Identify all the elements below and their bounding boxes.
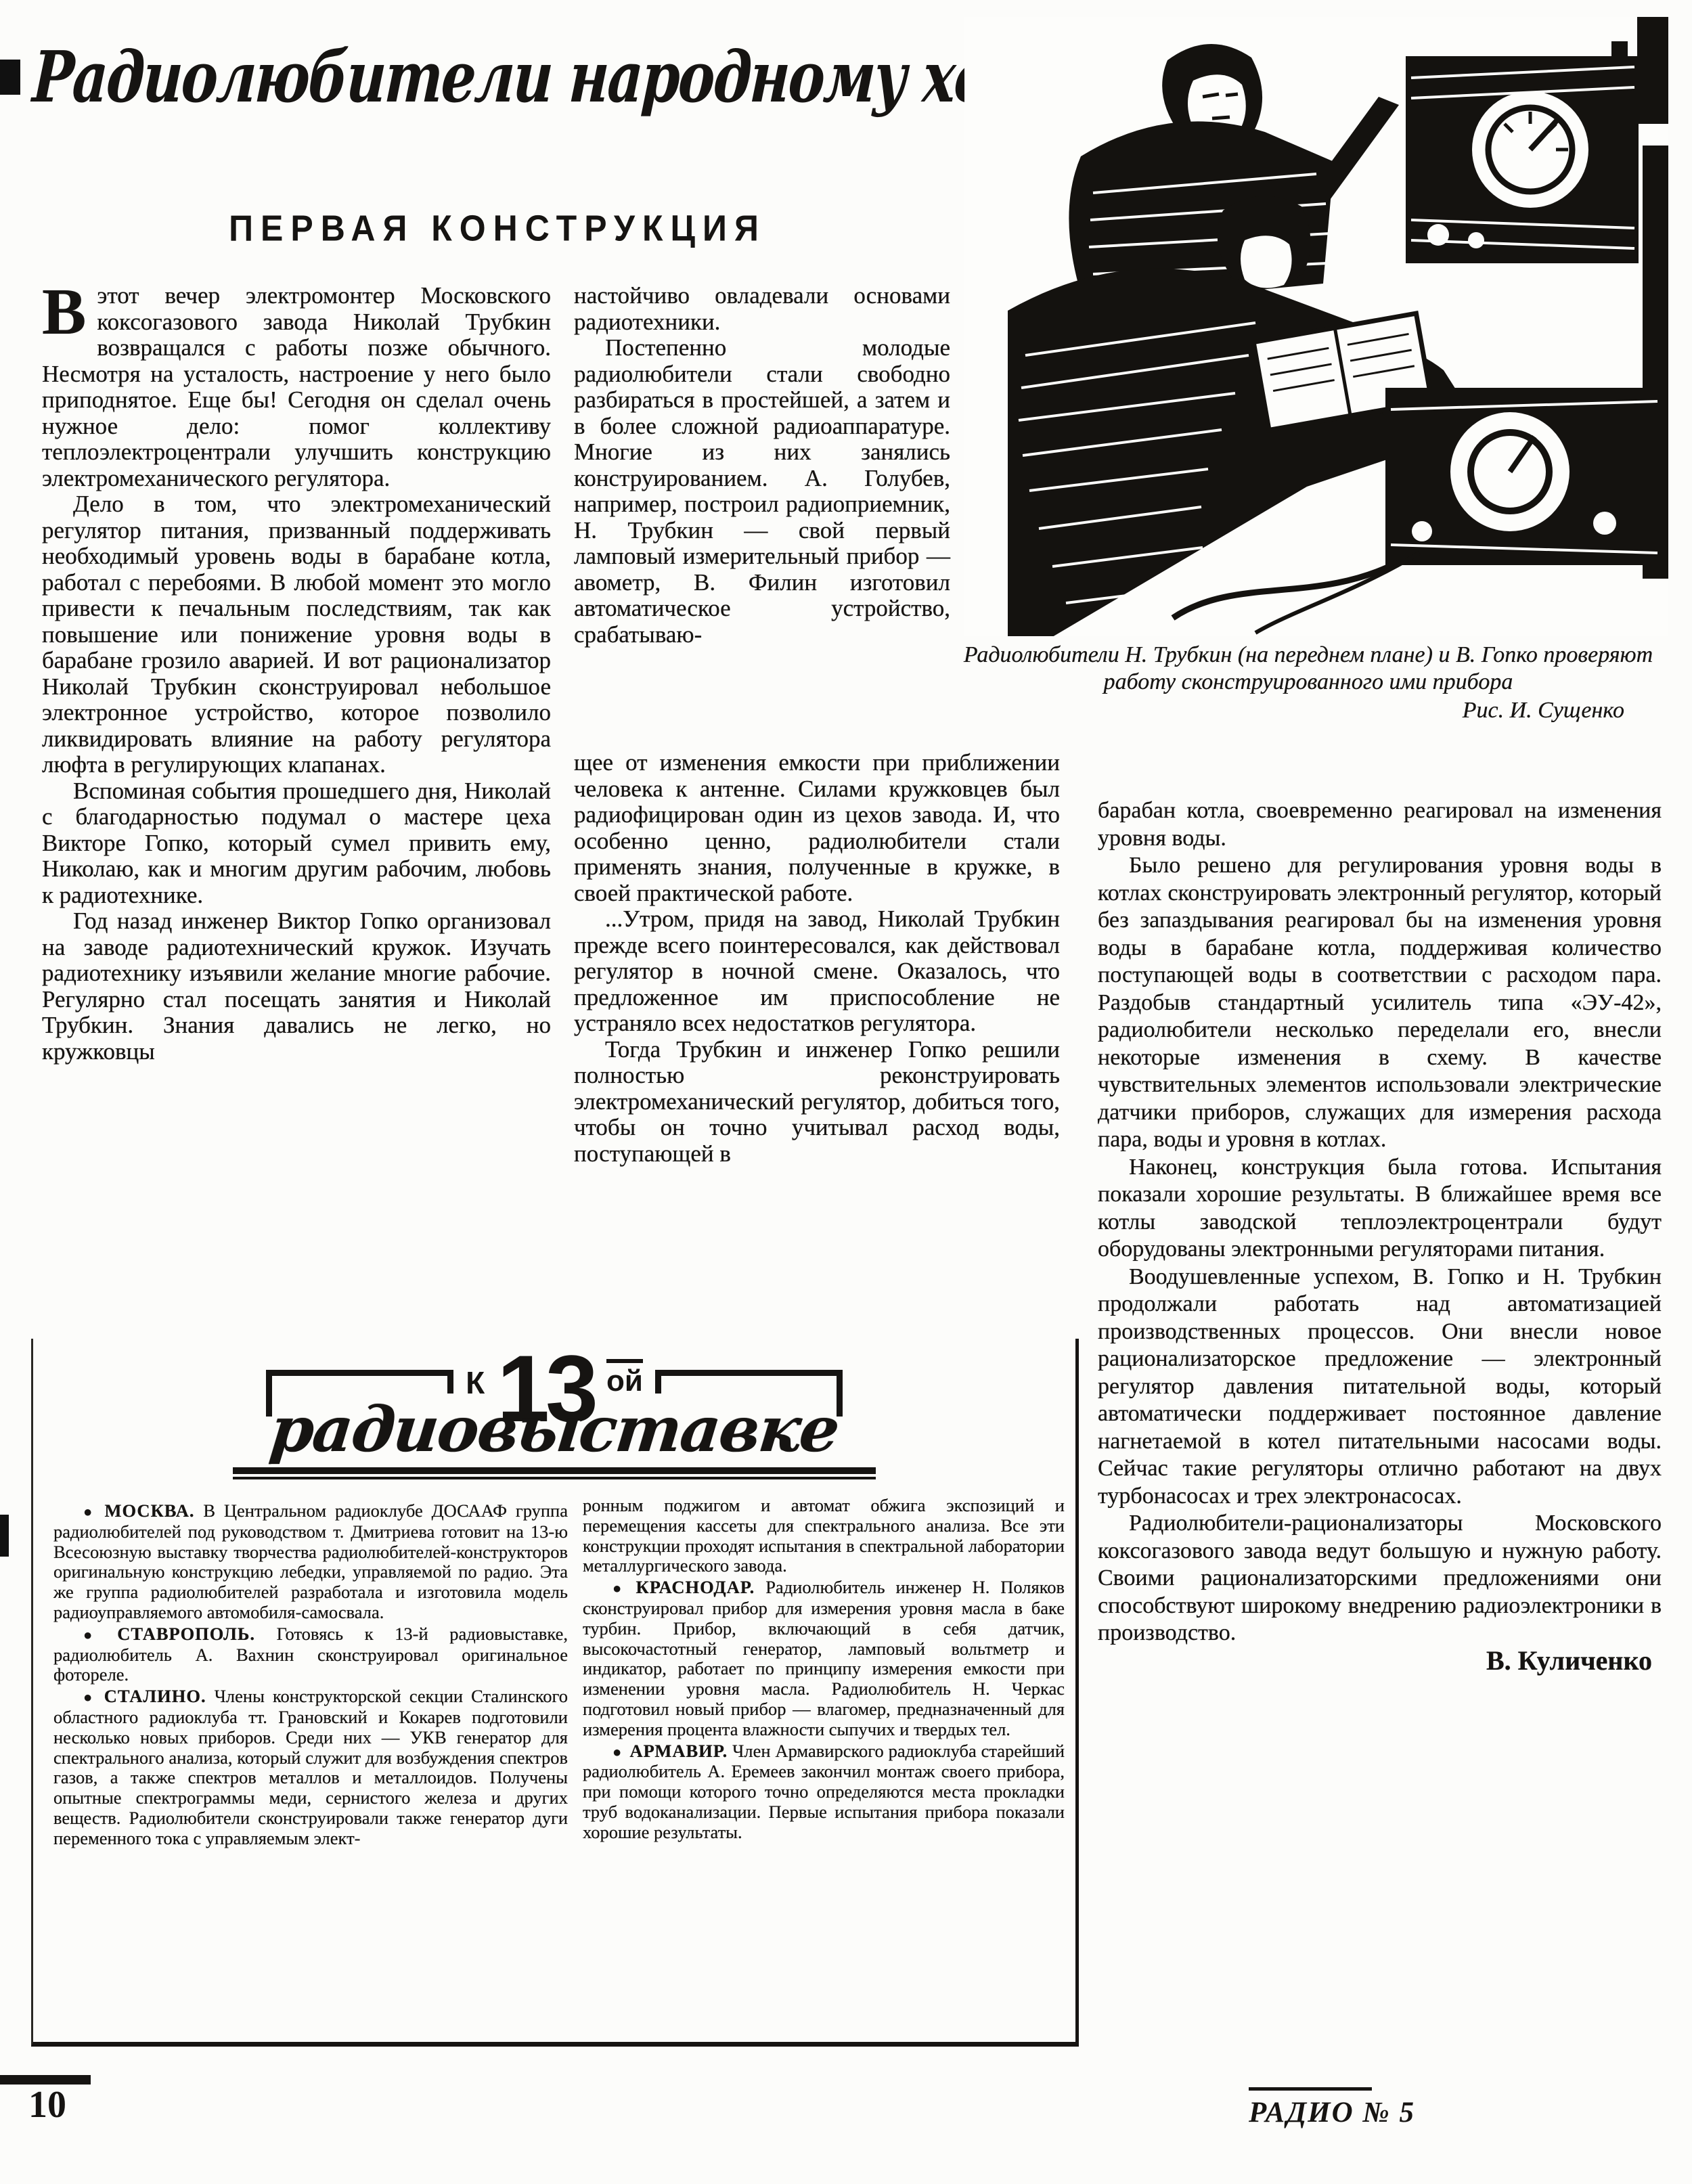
news-city: СТАВРОПОЛЬ. (117, 1624, 255, 1644)
caption-text: Радиолюбители Н. Трубкин (на переднем пл… (949, 642, 1668, 696)
paragraph: Наконец, конструкция была готова. Испыта… (1098, 1154, 1662, 1264)
news-city: КРАСНОДАР. (636, 1577, 755, 1597)
drop-cap: В (42, 283, 97, 338)
paragraph: Дело в том, что электромеханический регу… (42, 491, 551, 778)
article-title: ПЕРВАЯ КОНСТРУКЦИЯ (47, 207, 948, 250)
bullet-icon: ● (83, 1689, 104, 1706)
paragraph: Вэтот вечер электромонтер Московского ко… (42, 283, 551, 491)
header-script-word: радиовыставке (267, 1393, 842, 1466)
news-item-continuation: ронным поджигом и автомат обжига экспози… (583, 1496, 1065, 1576)
caption-credit: Рис. И. Сущенко (949, 697, 1668, 724)
bullet-icon: ● (613, 1580, 636, 1597)
page-number: 10 (28, 2083, 66, 2126)
author-signature: В. Куличенко (1098, 1647, 1662, 1675)
paragraph: Постепенно молодые радиолюбители стали с… (574, 335, 950, 648)
news-item: ●МОСКВА. В Центральном радиоклубе ДОСААФ… (53, 1501, 568, 1623)
scan-artifact (0, 60, 20, 95)
section-kicker-script: Радиолюбители народному хозяйству (30, 35, 880, 118)
exhibition-box-header: К 13 ой радиовыставке (33, 1354, 1075, 1479)
scan-artifact (0, 1515, 9, 1557)
header-underline (233, 1467, 876, 1479)
paragraph: Радиолюбители-рационализаторы Московског… (1098, 1510, 1662, 1647)
paragraph: Тогда Трубкин и инженер Гопко решили пол… (574, 1037, 1060, 1167)
article-column-1: Вэтот вечер электромонтер Московского ко… (42, 283, 551, 1065)
news-text: Члены конструкторской секции Сталинского… (53, 1686, 568, 1848)
news-box-column-left: ●МОСКВА. В Центральном радиоклубе ДОСААФ… (53, 1501, 568, 1849)
paragraph: барабан котла, своевременно реагировал н… (1098, 797, 1662, 852)
bullet-icon: ● (83, 1626, 117, 1643)
illustration-engraving (964, 17, 1668, 636)
paragraph: Воодушевленные успехом, В. Гопко и Н. Тр… (1098, 1264, 1662, 1511)
news-city: АРМАВИР. (630, 1741, 728, 1761)
article-column-2-narrow: настойчиво овладевали основами радиотехн… (574, 283, 950, 648)
paragraph: щее от изменения емкости при приближении… (574, 750, 1060, 906)
paragraph-text: этот вечер электромонтер Московского кок… (42, 282, 551, 491)
paragraph: ...Утром, придя на завод, Николай Трубки… (574, 906, 1060, 1037)
news-city: СТАЛИНО. (104, 1686, 206, 1706)
news-text: Радиолюбитель инженер Н. Поляков сконстр… (583, 1577, 1065, 1739)
news-box-column-right: ронным поджигом и автомат обжига экспози… (583, 1496, 1065, 1843)
engraving-two-radio-amateurs (964, 17, 1668, 636)
paragraph: Год назад инженер Виктор Гопко организов… (42, 908, 551, 1065)
folio-text: РАДИО № 5 (1249, 2096, 1384, 2129)
paragraph: Было решено для регулирования уровня вод… (1098, 852, 1662, 1154)
news-item: ●АРМАВИР. Член Армавирского радиоклуба с… (583, 1741, 1065, 1843)
paragraph: Вспоминая события прошедшего дня, Никола… (42, 778, 551, 909)
article-column-2-wide: щее от изменения емкости при приближении… (574, 750, 1060, 1167)
news-item: ●СТАЛИНО. Члены конструкторской секции С… (53, 1687, 568, 1848)
news-item: ●СТАВРОПОЛЬ. Готовясь к 13-й радиовыстав… (53, 1624, 568, 1685)
device-with-dial-icon (1385, 388, 1660, 565)
magazine-folio: РАДИО № 5 (1249, 2087, 1384, 2129)
instrument-panel-icon (1406, 56, 1639, 263)
news-item: ●КРАСНОДАР. Радиолюбитель инженер Н. Пол… (583, 1578, 1065, 1739)
news-city: МОСКВА. (104, 1500, 194, 1521)
bullet-icon: ● (83, 1503, 104, 1520)
folio-rule (1249, 2087, 1372, 2091)
bullet-icon: ● (613, 1743, 630, 1760)
article-column-3: барабан котла, своевременно реагировал н… (1098, 797, 1662, 1674)
exhibition-news-box: К 13 ой радиовыставке ●МОСКВА. В Централ… (31, 1339, 1079, 2047)
illustration-caption: Радиолюбители Н. Трубкин (на переднем пл… (949, 642, 1668, 724)
paragraph: настойчиво овладевали основами радиотехн… (574, 283, 950, 335)
